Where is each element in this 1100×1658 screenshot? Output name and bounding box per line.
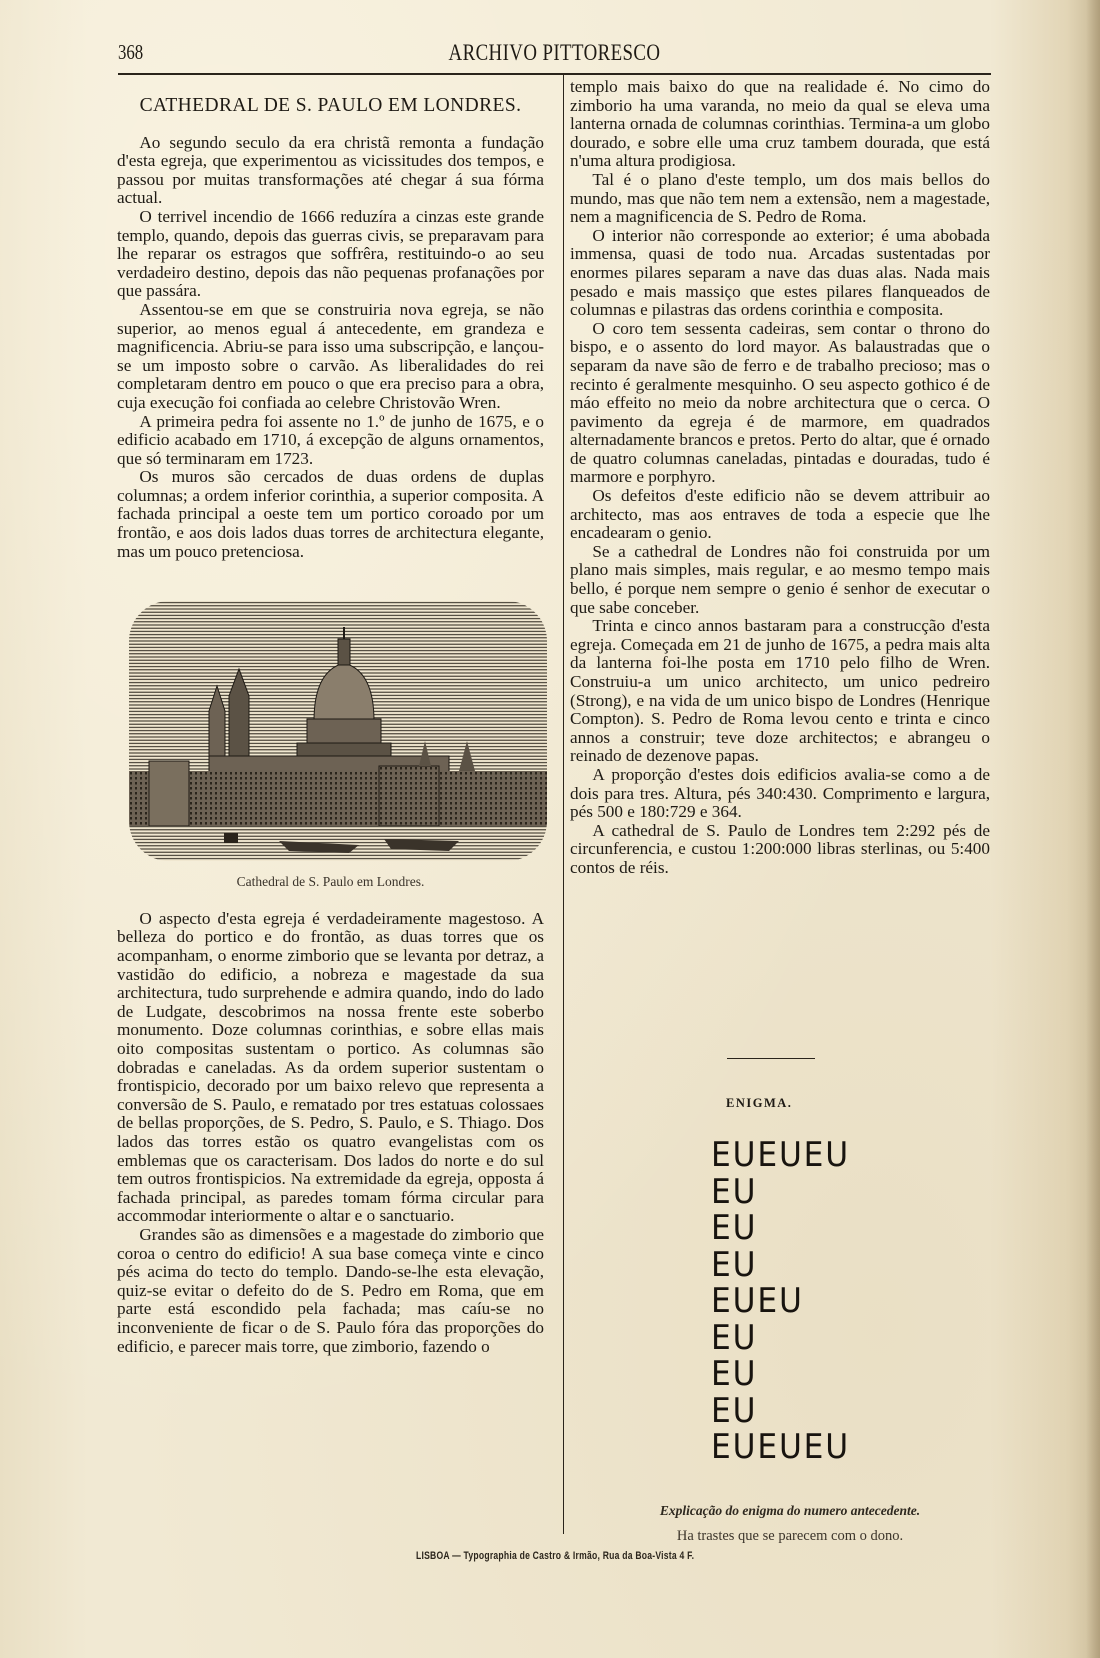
right-column: templo mais baixo do que na realidade é.…: [570, 78, 990, 878]
paragraph: Assentou-se em que se construiria nova e…: [117, 301, 544, 413]
paragraph: O terrivel incendio de 1666 reduzíra a c…: [117, 208, 544, 301]
paragraph: A proporção d'estes dois edificios avali…: [570, 766, 990, 822]
cathedral-engraving-image: [129, 601, 547, 861]
left-column: CATHEDRAL DE S. PAULO EM LONDRES. Ao seg…: [117, 97, 544, 1356]
paragraph-continuation: templo mais baixo do que na realidade é.…: [570, 78, 990, 171]
paragraph: Os muros são cercados de duas ordens de …: [117, 468, 544, 561]
paragraph: Se a cathedral de Londres não foi constr…: [570, 543, 990, 617]
section-divider: [727, 1058, 815, 1059]
paragraph: Os defeitos d'este edificio não se devem…: [570, 487, 990, 543]
enigma-line: EU: [711, 1393, 850, 1430]
enigma-line: EU: [711, 1356, 850, 1393]
column-divider: [563, 74, 564, 1534]
figure: Cathedral de S. Paulo em Londres.: [117, 601, 544, 892]
enigma-explanation-title: Explicação do enigma do numero anteceden…: [600, 1503, 980, 1519]
enigma-line: EU: [711, 1320, 850, 1357]
enigma-line: EU: [711, 1247, 850, 1284]
paragraph: Tal é o plano d'este templo, um dos mais…: [570, 171, 990, 227]
enigma-puzzle: EUEUEU EU EU EU EUEU EU EU EU EUEUEU: [711, 1137, 850, 1466]
paragraph: O coro tem sessenta cadeiras, sem contar…: [570, 320, 990, 487]
page-edge-shadow: [1086, 0, 1100, 1658]
enigma-line: EU: [711, 1174, 850, 1211]
running-title: ARCHIVO PITTORESCO: [197, 40, 913, 66]
printer-imprint: LISBOA — Typographia de Castro & Irmão, …: [416, 1550, 694, 1562]
paragraph: O aspecto d'esta egreja é verdadeirament…: [117, 910, 544, 1226]
paragraph: O interior não corresponde ao exterior; …: [570, 227, 990, 320]
paragraph: Ao segundo seculo da era christã remonta…: [117, 134, 544, 208]
page-number: 368: [118, 40, 143, 65]
paragraph: Trinta e cinco annos bastaram para a con…: [570, 617, 990, 766]
figure-caption: Cathedral de S. Paulo em Londres.: [117, 873, 544, 892]
enigma-title: ENIGMA.: [726, 1096, 792, 1111]
enigma-line: EU: [711, 1210, 850, 1247]
paragraph: Grandes são as dimensões e a magestade d…: [117, 1226, 544, 1356]
enigma-explanation-text: Ha trastes que se parecem com o dono.: [600, 1528, 980, 1545]
paragraph: A primeira pedra foi assente no 1.º de j…: [117, 413, 544, 469]
paragraph: A cathedral de S. Paulo de Londres tem 2…: [570, 822, 990, 878]
enigma-line: EUEU: [711, 1283, 850, 1320]
article-title: CATHEDRAL DE S. PAULO EM LONDRES.: [117, 97, 544, 116]
enigma-line: EUEUEU: [711, 1429, 850, 1466]
enigma-line: EUEUEU: [711, 1137, 850, 1174]
page-header: 368 ARCHIVO PITTORESCO: [118, 36, 991, 72]
header-rule: [118, 73, 991, 75]
